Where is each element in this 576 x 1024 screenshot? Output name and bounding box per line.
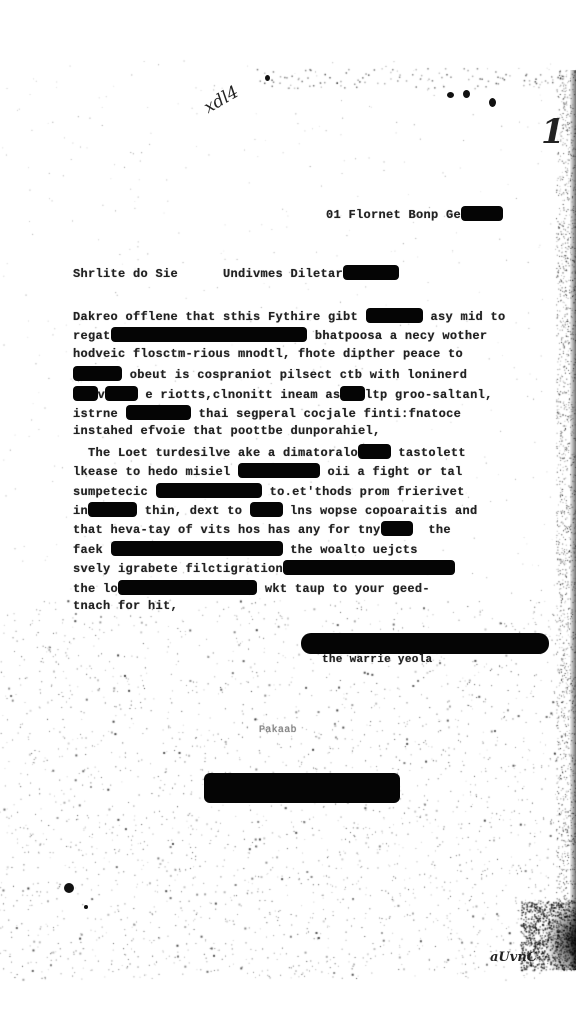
body-text: obeut is cospraniot pilsect ctb with lon… [122,368,467,382]
body-line: the lo wkt taup to your geed- [73,580,430,596]
body-text: asy mid to [423,310,506,324]
redaction [126,405,192,420]
redaction [118,580,257,595]
redaction [111,327,308,342]
redaction [111,541,283,556]
handwritten-note-bottom-right: aUvnC [490,950,537,965]
faded-stamp: Pakaab [259,724,297,738]
body-text: oii a fight or tal [320,465,463,479]
body-line: faek the woalto uejcts [73,541,418,557]
ink-spot [84,905,88,909]
body-line: hodveic flosctm-rious mnodtl, fhote dipt… [73,347,463,361]
body-text: istrne [73,407,126,421]
body-line: svely igrabete filctigration [73,560,455,576]
body-text: the woalto uejcts [283,543,418,557]
redaction [366,308,423,323]
body-text: hodveic flosctm-rious mnodtl, fhote dipt… [73,347,463,361]
body-line: Dakreo offlene that sthis Fythire gibt a… [73,308,505,324]
reference-line: 01 Flornet Bonp Ge [296,192,503,236]
redaction [238,463,320,478]
signature-caption: the warrie yeola [322,653,432,667]
ink-spot [463,90,470,98]
redaction [343,265,399,280]
salutation: Shrlite do Sie [73,267,178,281]
reference-text: 01 Flornet Bonp Ge [326,208,461,222]
redaction [381,521,414,536]
body-text: wkt taup to your geed- [257,582,430,596]
body-line: v e riotts,clnonitt ineam asltp groo-sal… [73,386,493,402]
body-text: e riotts,clnonitt ineam as [138,388,341,402]
handwritten-page-number: 1 [541,112,565,152]
body-line: instahed efvoie that poottbe dunporahiel… [73,424,381,438]
scanned-document-page: xdl4 1 01 Flornet Bonp Ge Undivmes Dilet… [0,0,576,1024]
body-line: lkease to hedo misiel oii a fight or tal [73,463,463,479]
body-text: that heva-tay of vits hos has any for tn… [73,523,381,537]
body-line: that heva-tay of vits hos has any for tn… [73,521,451,537]
redaction [250,502,283,517]
body-text: v [98,388,106,402]
body-text: to.et'thods prom frierivet [262,485,465,499]
bottom-redaction [204,773,400,803]
body-text: regat [73,329,111,343]
body-line: The Loet turdesilve ake a dimatoralo tas… [73,444,466,460]
redaction [283,560,455,575]
body-text: tastolett [391,446,466,460]
body-text: bhatpoosa a necy wother [307,329,487,343]
redaction [73,386,98,401]
body-text: ltp groo-saltanl, [365,388,493,402]
body-text: the [413,523,451,537]
page-edge-shadow [570,70,576,970]
body-text: thin, dext to [137,504,250,518]
body-text: tnach for hit, [73,599,178,613]
body-text: instahed efvoie that poottbe dunporahiel… [73,424,381,438]
body-text: The Loet turdesilve ake a dimatoralo [73,446,358,460]
redaction [358,444,391,459]
body-text: in [73,504,88,518]
body-text: faek [73,543,111,557]
body-text: thai segperal cocjale finti:fnatoce [191,407,461,421]
redaction [340,386,365,401]
ink-spot [489,98,496,107]
body-text: lns wopse copoaraitis and [283,504,478,518]
body-text: sumpetecic [73,485,156,499]
body-line: sumpetecic to.et'thods prom frierivet [73,483,465,499]
body-line: regat bhatpoosa a necy wother [73,327,487,343]
redaction [461,206,503,221]
body-line: istrne thai segperal cocjale finti:fnato… [73,405,461,421]
signature-redaction [301,633,549,654]
subject-text: Undivmes Diletar [223,267,343,281]
redaction [88,502,137,517]
body-text: lkease to hedo misiel [73,465,238,479]
body-text: svely igrabete filctigration [73,562,283,576]
ink-spot [265,75,270,81]
body-text: the lo [73,582,118,596]
ink-spot [447,92,454,98]
subject-line: Undivmes Diletar [193,251,399,295]
page-corner-shadow [546,900,576,970]
body-text: Dakreo offlene that sthis Fythire gibt [73,310,366,324]
ink-spot [64,883,74,893]
redaction [105,386,138,401]
redaction [73,366,122,381]
body-line: obeut is cospraniot pilsect ctb with lon… [73,366,467,382]
body-line: tnach for hit, [73,599,178,613]
body-line: in thin, dext to lns wopse copoaraitis a… [73,502,478,518]
redaction [156,483,263,498]
